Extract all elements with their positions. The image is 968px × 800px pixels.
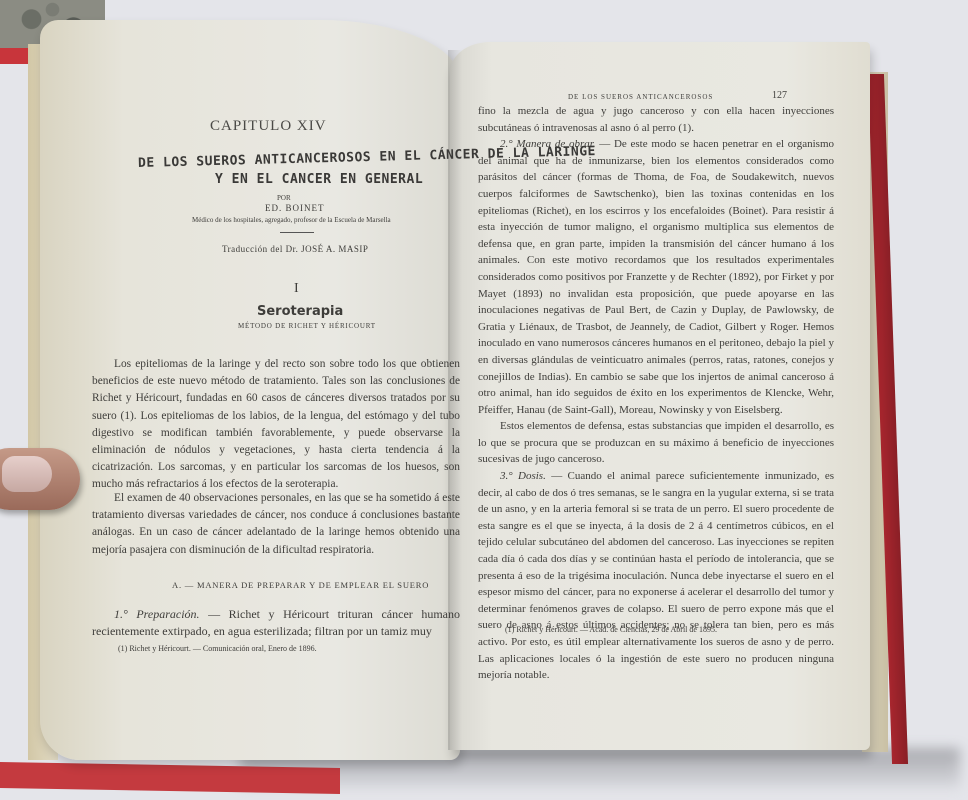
subsection-title: MÉTODO DE RICHET Y HÉRICOURT bbox=[238, 322, 376, 330]
divider-rule bbox=[280, 232, 314, 233]
author-affiliation: Médico de los hospitales, agregado, prof… bbox=[192, 216, 391, 224]
book-cover-bottom-edge bbox=[0, 762, 340, 794]
right-footnote: (1) Richet y Héricourt. — Acad. de Cienc… bbox=[505, 625, 717, 634]
subheading-a: A. — MANERA DE PREPARAR Y DE EMPLEAR EL … bbox=[172, 580, 429, 590]
left-paragraph-2: El examen de 40 observaciones personales… bbox=[92, 490, 460, 559]
page-number: 127 bbox=[772, 90, 787, 101]
running-head: DE LOS SUEROS ANTICANCEROSOS bbox=[568, 93, 713, 101]
right-paragraph-3: Estos elementos de defensa, estas substa… bbox=[478, 418, 834, 468]
dosis-label: 3.° Dosis. bbox=[500, 470, 546, 482]
left-paragraph-1-text: Los epiteliomas de la laringe y del rect… bbox=[92, 358, 460, 490]
right-paragraph-4-text: — Cuando el animal parece suficientement… bbox=[478, 470, 834, 681]
left-footnote: (1) Richet y Héricourt. — Comunicación o… bbox=[118, 644, 317, 653]
right-paragraph-3-text: Estos elementos de defensa, estas substa… bbox=[478, 420, 834, 465]
manera-de-obrar-label: 2.° Manera de obrar. bbox=[500, 138, 596, 150]
section-title: Seroterapia bbox=[257, 304, 343, 319]
chapter-heading: CAPITULO XIV bbox=[210, 118, 327, 135]
thumbnail-nail bbox=[2, 456, 52, 492]
preparacion-label: 1.° Preparación. bbox=[114, 607, 200, 621]
byline-por: POR bbox=[277, 194, 291, 202]
chapter-title-line-2: Y EN EL CANCER EN GENERAL bbox=[215, 172, 423, 187]
left-paragraph-3: 1.° Preparación. — Richet y Héricourt tr… bbox=[92, 606, 460, 640]
translator-credit: Traducción del Dr. JOSÉ A. MASIP bbox=[222, 244, 368, 254]
left-paragraph-2-text: El examen de 40 observaciones personales… bbox=[92, 492, 460, 556]
author-name: ED. BOINET bbox=[265, 203, 325, 213]
right-paragraph-4: 3.° Dosis. — Cuando el animal parece suf… bbox=[478, 468, 834, 684]
section-number: I bbox=[294, 281, 299, 297]
right-page-body: fino la mezcla de agua y jugo canceroso … bbox=[478, 103, 834, 684]
left-paragraph-1: Los epiteliomas de la laringe y del rect… bbox=[92, 356, 460, 494]
right-paragraph-2: 2.° Manera de obrar. — De este modo se h… bbox=[478, 136, 834, 418]
right-paragraph-2-text: — De este modo se hacen penetrar en el o… bbox=[478, 138, 834, 416]
right-paragraph-1: fino la mezcla de agua y jugo canceroso … bbox=[478, 103, 834, 136]
thumb bbox=[0, 448, 80, 510]
